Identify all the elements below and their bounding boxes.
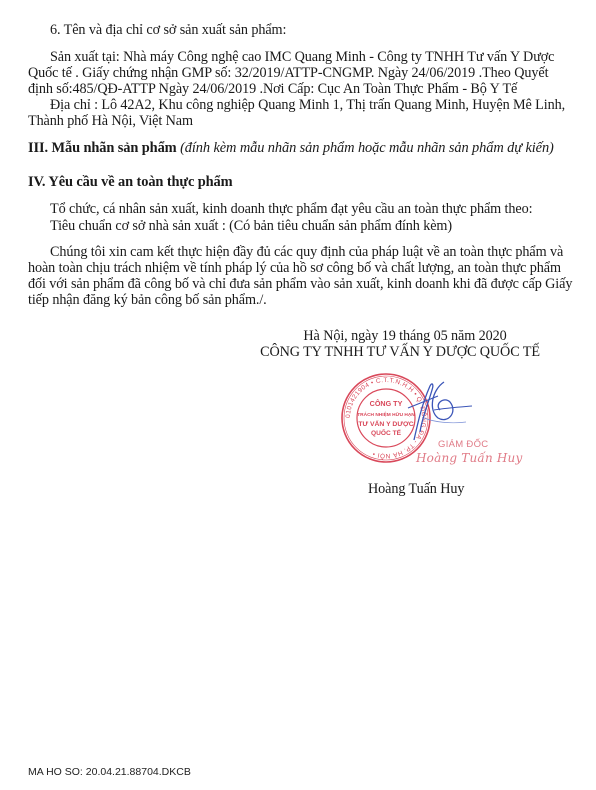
section6-line-1: Sản xuất tại: Nhà máy Công nghệ cao IMC … [50,49,554,65]
section4-line-1: Tổ chức, cá nhân sản xuất, kinh doanh th… [50,201,532,217]
section3-note: (đính kèm mẫu nhãn sản phẩm hoặc mẫu nhã… [180,140,554,156]
section4-line-2: Tiêu chuẩn cơ sở nhà sản xuất : (Có bản … [50,218,452,234]
section6-address-line-2: Thành phố Hà Nội, Việt Nam [28,113,193,129]
commitment-line-3: đối với sản phẩm đã công bố và chỉ đưa s… [28,276,572,292]
document-page: 6. Tên và địa chỉ cơ sở sản xuất sản phẩ… [0,0,596,790]
handwritten-signature [404,374,474,444]
commitment-line-1: Chúng tôi xin cam kết thực hiện đầy đủ c… [50,244,563,260]
signer-name: Hoàng Tuấn Huy [368,481,464,497]
section6-heading: 6. Tên và địa chỉ cơ sở sản xuất sản phẩ… [50,22,286,38]
stamp-center-line: QUỐC TẾ [371,427,402,437]
stamped-signer-name: Hoàng Tuấn Huy [416,451,522,465]
section6-address-line: Địa chỉ : Lô 42A2, Khu công nghiệp Quang… [50,97,565,113]
commitment-line-4: tiếp nhận đăng ký bản công bố sản phẩm./… [28,292,267,308]
commitment-line-2: hoàn toàn chịu trách nhiệm về tính pháp … [28,260,561,276]
record-code: MA HO SO: 20.04.21.88704.DKCB [28,766,191,778]
stamp-center-line: CÔNG TY [370,399,403,408]
section6-line-3: định số:485/QĐ-ATTP Ngày 24/06/2019 .Nơi… [28,81,517,97]
section4-heading: IV. Yêu cầu về an toàn thực phẩm [28,174,233,190]
director-title: GIÁM ĐỐC [438,439,488,450]
section3-title: III. Mẫu nhãn sản phẩm (đính kèm mẫu nhã… [28,140,554,156]
company-name: CÔNG TY TNHH TƯ VẤN Y DƯỢC QUỐC TẾ [250,344,550,360]
section3-heading: III. Mẫu nhãn sản phẩm [28,140,177,156]
section6-line-2: Quốc tế . Giấy chứng nhận GMP số: 32/201… [28,65,548,81]
place-date: Hà Nội, ngày 19 tháng 05 năm 2020 [260,328,550,344]
